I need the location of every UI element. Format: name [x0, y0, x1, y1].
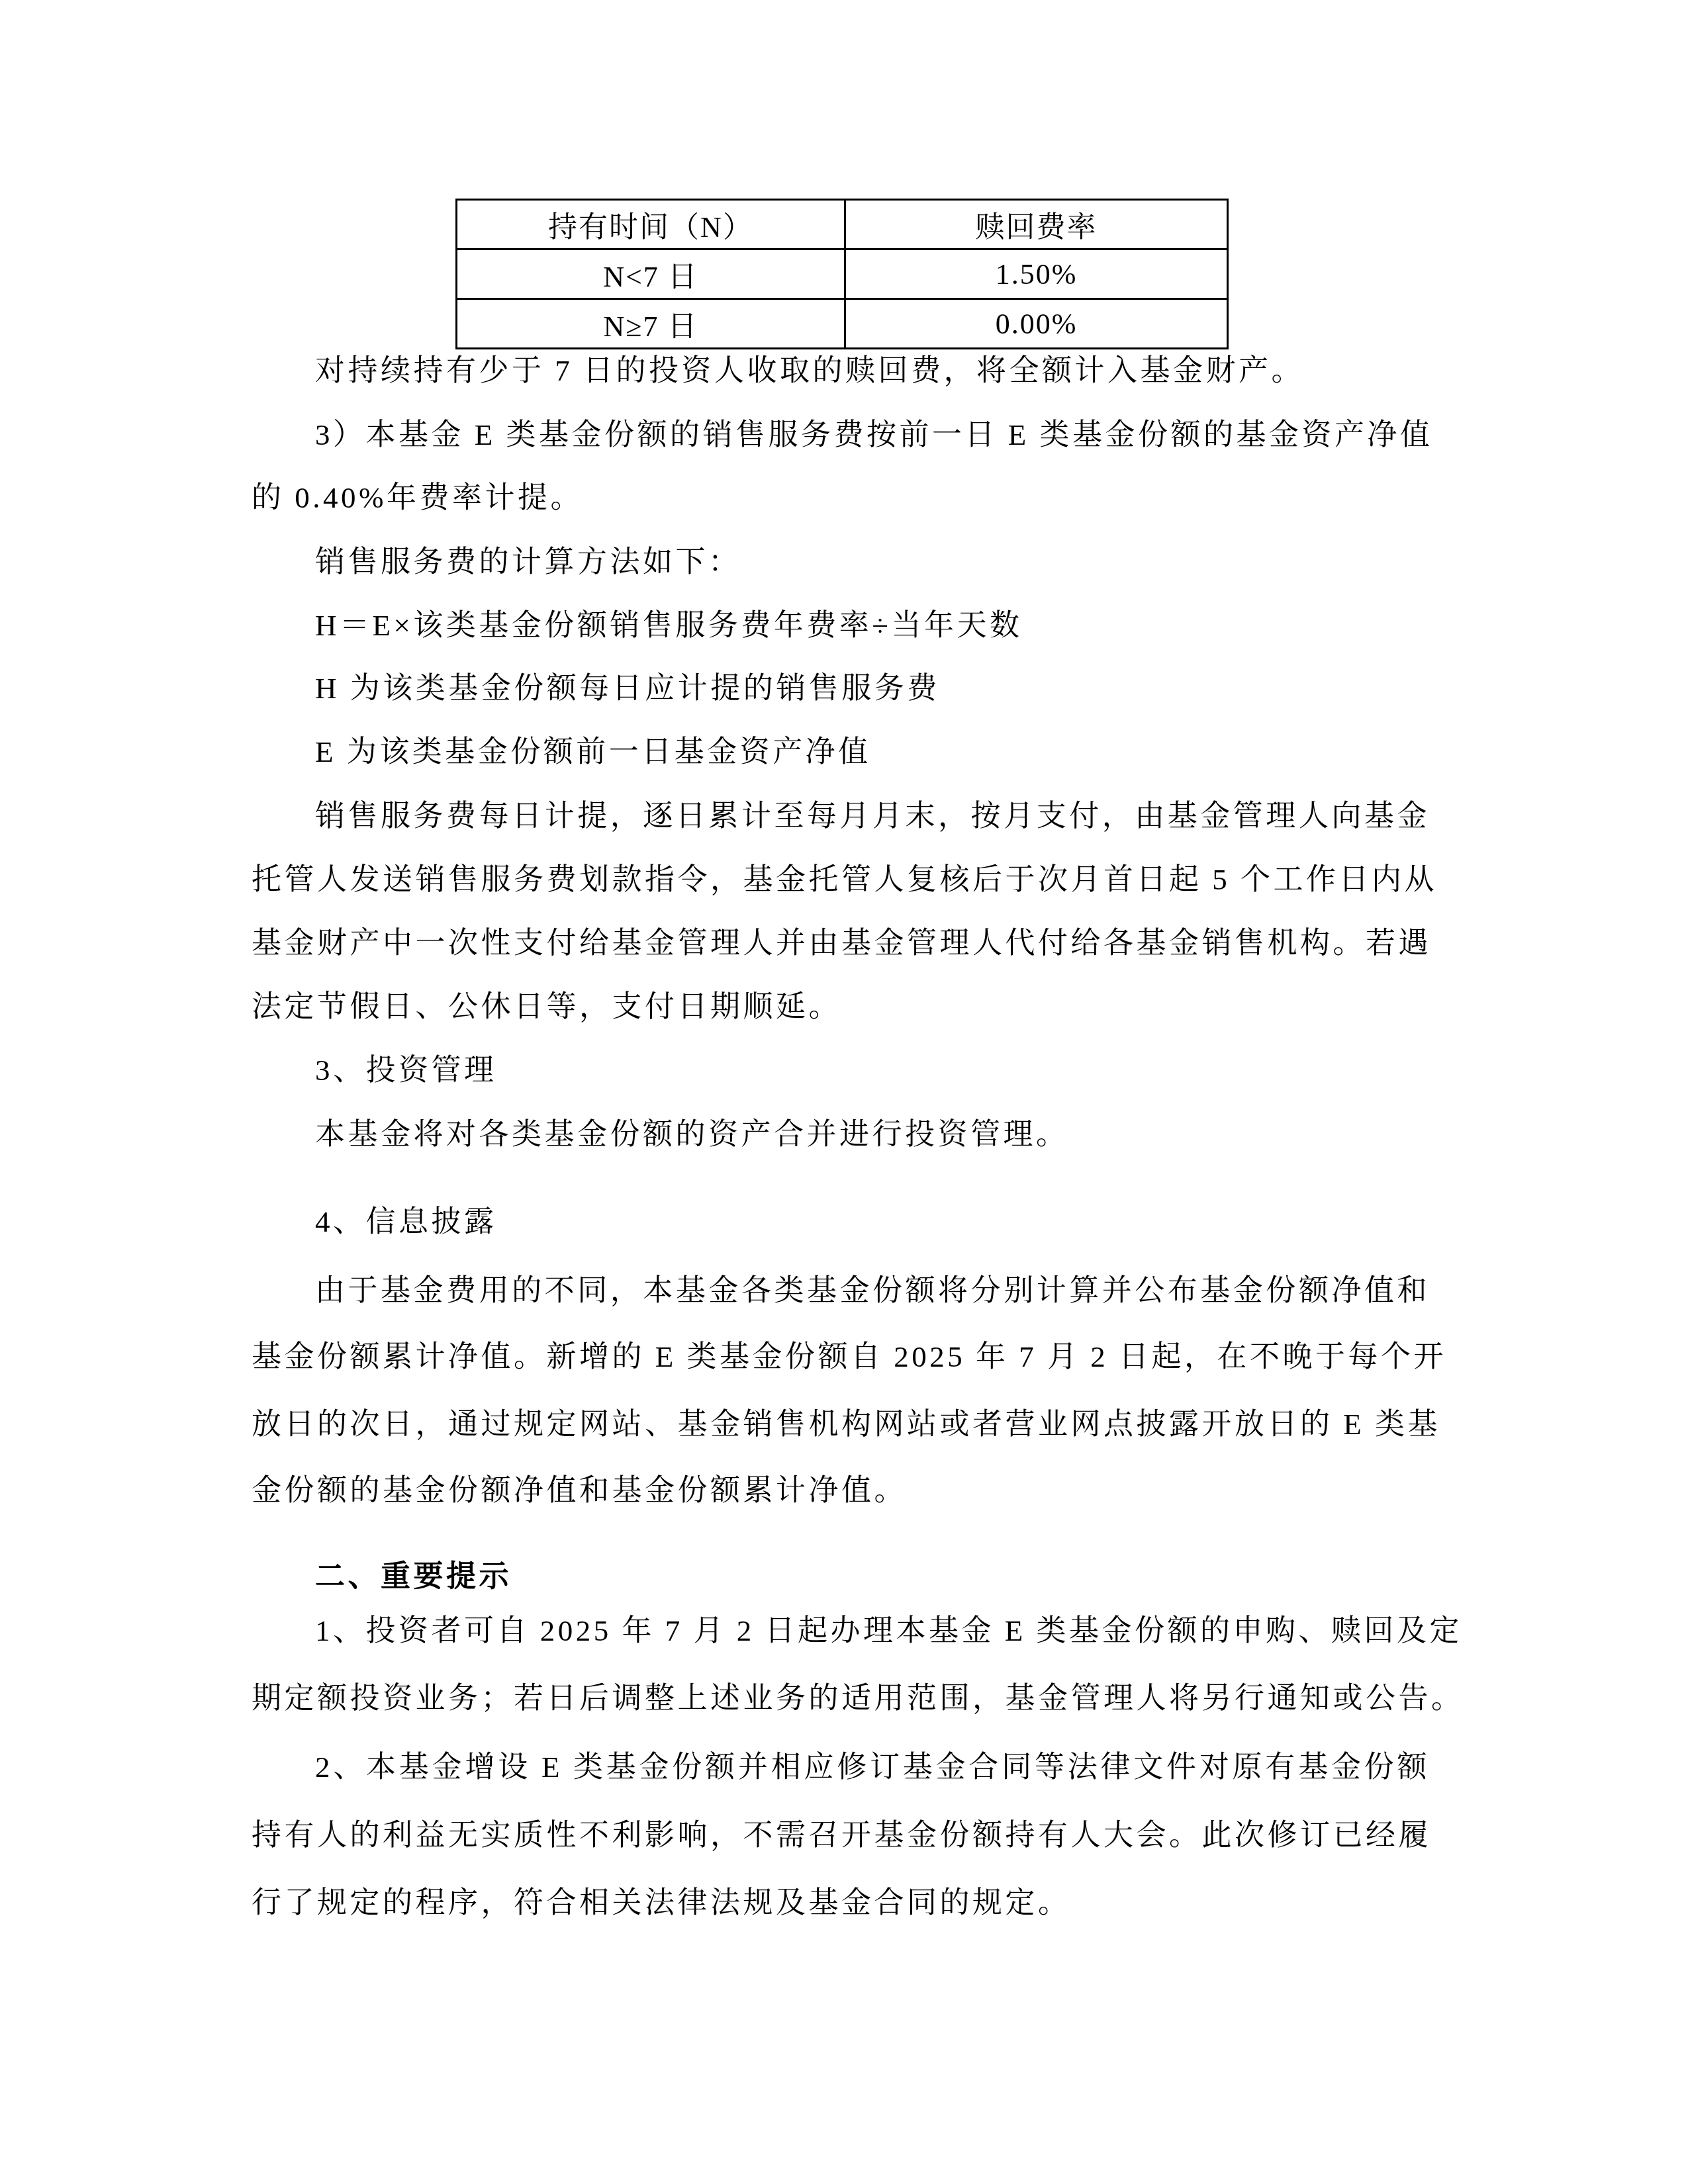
formula-definition-h: H 为该类基金份额每日应计提的销售服务费 [252, 668, 1430, 708]
payment-paragraph-line: 法定节假日、公休日等，支付日期顺延。 [252, 987, 1430, 1026]
redemption-rate-cell: 1.50% [845, 250, 1228, 299]
disclosure-paragraph-line: 基金份额累计净值。新增的 E 类基金份额自 2025 年 7 月 2 日起，在不… [252, 1337, 1430, 1377]
payment-paragraph-line: 托管人发送销售服务费划款指令，基金托管人复核后于次月首日起 5 个工作日内从 [252, 860, 1430, 899]
disclosure-paragraph-line: 放日的次日，通过规定网站、基金销售机构网站或者营业网点披露开放日的 E 类基 [252, 1404, 1430, 1444]
sales-service-fee-paragraph-line: 3）本基金 E 类基金份额的销售服务费按前一日 E 类基金份额的基金资产净值 [252, 415, 1430, 455]
disclosure-paragraph-line: 由于基金费用的不同，本基金各类基金份额将分别计算并公布基金份额净值和 [252, 1271, 1430, 1310]
formula-line: H＝E×该类基金份额销售服务费年费率÷当年天数 [252, 606, 1430, 645]
disclosure-paragraph-line: 金份额的基金份额净值和基金份额累计净值。 [252, 1471, 1430, 1510]
investment-management-text: 本基金将对各类基金份额的资产合并进行投资管理。 [252, 1115, 1430, 1154]
holding-period-cell: N<7 日 [457, 250, 845, 299]
important-note-2-line: 2、本基金增设 E 类基金份额并相应修订基金合同等法律文件对原有基金份额 [252, 1747, 1430, 1787]
redemption-fee-table: 持有时间（N） 赎回费率 N<7 日 1.50% N≥7 日 0.00% [455, 199, 1229, 349]
payment-paragraph-line: 销售服务费每日计提，逐日累计至每月月末，按月支付，由基金管理人向基金 [252, 796, 1430, 836]
column-header-redemption-rate: 赎回费率 [845, 200, 1228, 250]
section-heading-investment-management: 3、投资管理 [252, 1050, 1430, 1090]
table-row: N<7 日 1.50% [457, 250, 1228, 299]
column-header-holding-period: 持有时间（N） [457, 200, 845, 250]
document-page: 持有时间（N） 赎回费率 N<7 日 1.50% N≥7 日 0.00% 对持续… [0, 0, 1688, 2184]
important-note-2-line: 持有人的利益无实质性不利影响，不需召开基金份额持有人大会。此次修订已经履 [252, 1815, 1430, 1855]
redemption-rate-cell: 0.00% [845, 299, 1228, 349]
holding-period-cell: N≥7 日 [457, 299, 845, 349]
important-note-1-line: 期定额投资业务；若日后调整上述业务的适用范围，基金管理人将另行通知或公告。 [252, 1678, 1430, 1718]
sales-service-fee-paragraph-line: 的 0.40%年费率计提。 [252, 478, 1430, 518]
important-note-2-line: 行了规定的程序，符合相关法律法规及基金合同的规定。 [252, 1883, 1430, 1923]
formula-definition-e: E 为该类基金份额前一日基金资产净值 [252, 732, 1430, 772]
table-header-row: 持有时间（N） 赎回费率 [457, 200, 1228, 250]
payment-paragraph-line: 基金财产中一次性支付给基金管理人并由基金管理人代付给各基金销售机构。若遇 [252, 923, 1430, 963]
important-note-1-line: 1、投资者可自 2025 年 7 月 2 日起办理本基金 E 类基金份额的申购、… [252, 1611, 1430, 1651]
redemption-fee-note: 对持续持有少于 7 日的投资人收取的赎回费，将全额计入基金财产。 [252, 351, 1430, 390]
calculation-method-label: 销售服务费的计算方法如下： [252, 542, 1430, 582]
table-row: N≥7 日 0.00% [457, 299, 1228, 349]
section-heading-information-disclosure: 4、信息披露 [252, 1202, 1430, 1242]
section-heading-important-notes: 二、重要提示 [252, 1557, 1430, 1596]
